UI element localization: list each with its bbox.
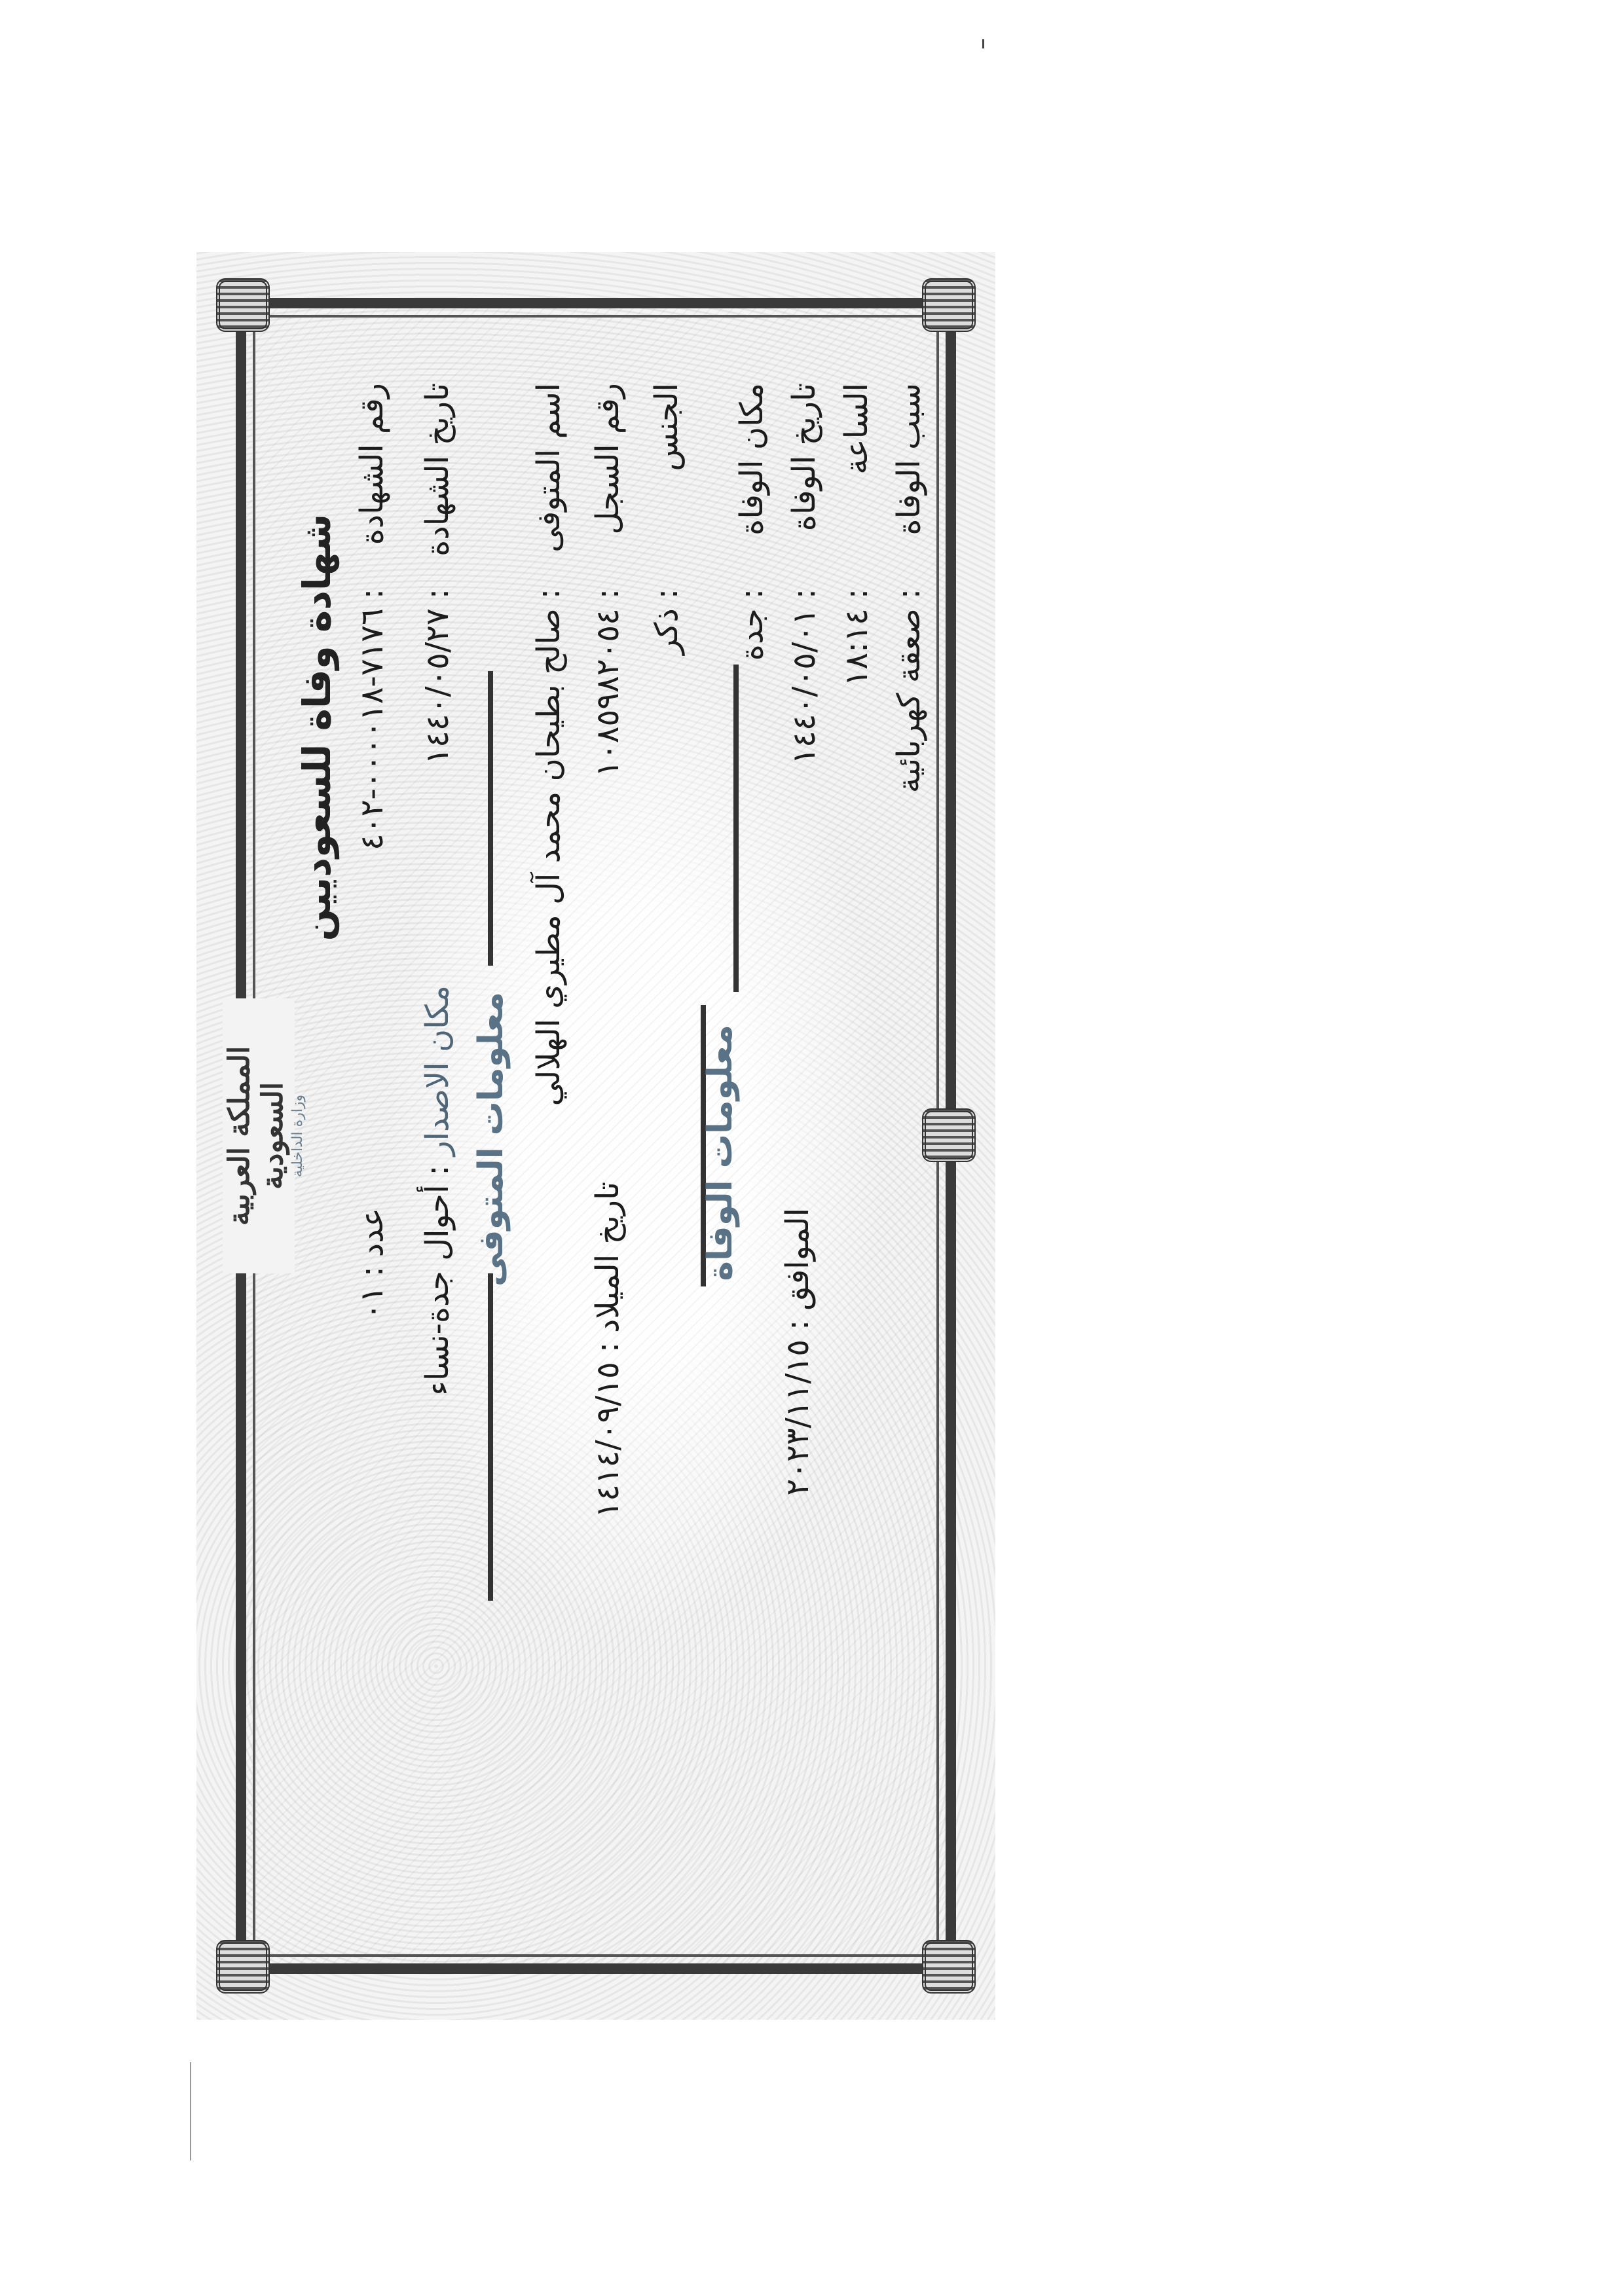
deceased-name: صالح بطيحان محمد آل مطيري الهلالي: [530, 608, 567, 1106]
field-label: تاريخ الوفاة: [786, 383, 822, 579]
field-label: رقم الشهادة: [354, 383, 390, 579]
divider: [488, 671, 493, 966]
certificate-scan: المملكة العربية السعودية وزارة الداخلية …: [196, 252, 995, 2020]
death-place: جدة: [733, 608, 770, 661]
count-row: عدد:٠١: [354, 1208, 390, 1320]
gender-row: الجنس:ذكر: [648, 383, 685, 655]
registry-row: رقم السجل:١٠٨٥٩٨٢٠٥٤: [589, 383, 626, 777]
count-value: ٠١: [354, 1286, 390, 1320]
death-cause: صعقة كهربائية: [891, 608, 927, 793]
death-cause-row: سبب الوفاة:صعقة كهربائية: [891, 383, 927, 793]
deceased-section-heading: معلومات المتوفى: [471, 992, 511, 1286]
death-place-row: مكان الوفاة:جدة: [733, 383, 770, 661]
certificate-title: شهادة وفاة للسعوديين: [295, 514, 339, 941]
certificate-date: ١٤٤٠/٠٥/٢٧: [419, 608, 456, 765]
field-label: تاريخ الميلاد: [589, 1182, 626, 1333]
government-emblem: المملكة العربية السعودية وزارة الداخلية: [223, 998, 295, 1273]
death-date-row: تاريخ الوفاة:١٤٤٠/٠٥/٠١: [786, 383, 822, 765]
emblem-subtitle: وزارة الداخلية: [289, 998, 306, 1273]
issue-place-row: مكان الاصدار:أحوال جدة-نساء: [419, 985, 456, 1396]
death-time-row: الساعة:١٨:١٤: [838, 383, 875, 686]
field-label: مكان الاصدار: [419, 985, 456, 1156]
death-time: ١٨:١٤: [838, 608, 875, 686]
birth-date: ١٤١٤/٠٩/١٥: [589, 1362, 626, 1518]
birth-date-row: تاريخ الميلاد:١٤١٤/٠٩/١٥: [589, 1182, 626, 1518]
knot-ornament-icon: [922, 278, 976, 332]
gregorian-date: ٢٠٢٣/١١/١٥: [779, 1339, 816, 1496]
emblem-title: المملكة العربية السعودية: [223, 998, 289, 1273]
field-label: سبب الوفاة: [891, 383, 927, 579]
scan-margin-line: [190, 2062, 191, 2160]
field-label: مكان الوفاة: [733, 383, 770, 579]
death-section-heading: معلومات الوفاة: [701, 1025, 740, 1281]
knot-ornament-icon: [216, 1940, 270, 1994]
scan-artifact: [982, 39, 984, 48]
field-label: الساعة: [838, 383, 875, 579]
knot-ornament-icon: [216, 278, 270, 332]
field-label: تاريخ الشهادة: [419, 383, 456, 579]
field-label: الموافق: [779, 1208, 816, 1311]
knot-ornament-icon: [922, 1108, 976, 1162]
death-certificate: المملكة العربية السعودية وزارة الداخلية …: [196, 252, 995, 2020]
knot-ornament-icon: [922, 1940, 976, 1994]
deceased-name-row: اسم المتوفى:صالح بطيحان محمد آل مطيري ال…: [530, 383, 567, 1106]
certificate-date-row: تاريخ الشهادة:١٤٤٠/٠٥/٢٧: [419, 383, 456, 765]
gregorian-date-row: الموافق:٢٠٢٣/١١/١٥: [779, 1208, 816, 1496]
certificate-number: ٧١٧٦-٠٠٠٠١٨-٤٠٢: [354, 608, 390, 850]
field-label: الجنس: [648, 383, 685, 579]
issue-place-value: أحوال جدة-نساء: [419, 1185, 456, 1396]
field-label: اسم المتوفى: [530, 383, 567, 579]
field-label: عدد: [354, 1208, 390, 1257]
divider: [488, 1273, 493, 1601]
certificate-number-row: رقم الشهادة:٧١٧٦-٠٠٠٠١٨-٤٠٢: [354, 383, 390, 850]
registry-number: ١٠٨٥٩٨٢٠٥٤: [589, 608, 626, 777]
divider: [733, 665, 739, 992]
gender-value: ذكر: [648, 608, 685, 655]
death-date: ١٤٤٠/٠٥/٠١: [786, 608, 822, 765]
field-label: رقم السجل: [589, 383, 626, 579]
